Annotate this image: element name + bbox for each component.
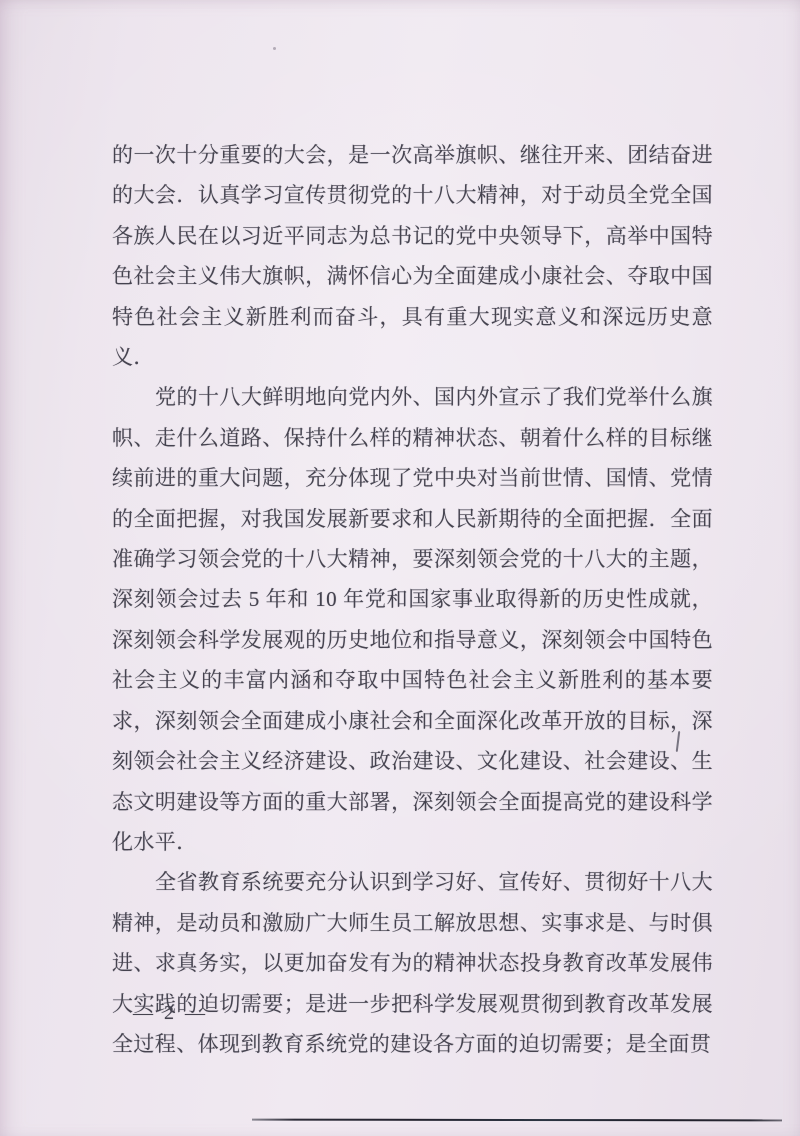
page-number: — 2 — (133, 1002, 208, 1025)
scanned-document-page: 的一次十分重要的大会，是一次高举旗帜、继往开来、团结奋进的大会．认真学习宣传贯彻… (0, 0, 800, 1136)
scan-edge-line (252, 1119, 782, 1122)
paragraph: 全省教育系统要充分认识到学习好、宣传好、贯彻好十八大精神，是动员和激励广大师生员… (112, 862, 713, 1064)
scan-speck (273, 47, 276, 50)
paragraph: 的一次十分重要的大会，是一次高举旗帜、继往开来、团结奋进的大会．认真学习宣传贯彻… (112, 135, 713, 377)
document-body-text: 的一次十分重要的大会，是一次高举旗帜、继往开来、团结奋进的大会．认真学习宣传贯彻… (112, 135, 713, 1064)
paragraph: 党的十八大鲜明地向党内外、国内外宣示了我们党举什么旗帜、走什么道路、保持什么样的… (112, 377, 713, 862)
